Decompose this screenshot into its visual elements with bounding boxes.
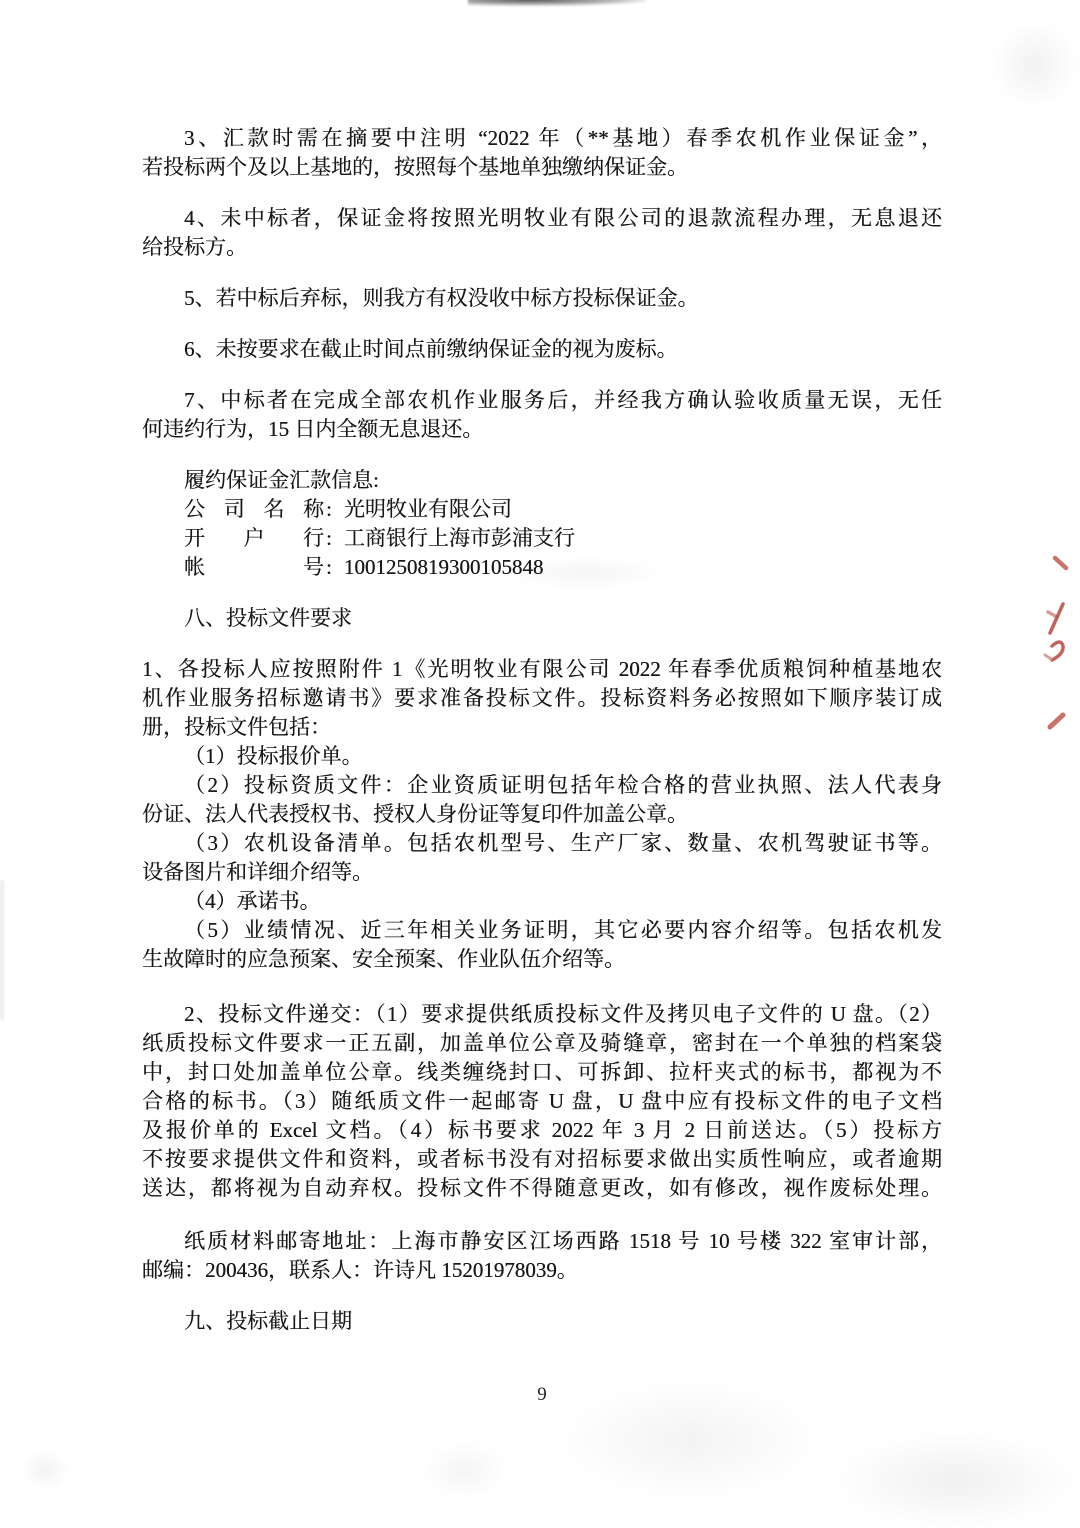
text-line: 3、汇款时需在摘要中注明 “2022 年（**基地）春季农机作业保证金”， bbox=[142, 124, 942, 153]
document-body: 3、汇款时需在摘要中注明 “2022 年（**基地）春季农机作业保证金”， 若投… bbox=[142, 124, 942, 1358]
paragraph-3: 3、汇款时需在摘要中注明 “2022 年（**基地）春季农机作业保证金”， 若投… bbox=[142, 124, 942, 182]
paper-texture-bottom-right bbox=[830, 1430, 1080, 1528]
list-item-4: （4）承诺书。 bbox=[142, 887, 942, 916]
text-line: 4、未中标者，保证金将按照光明牧业有限公司的退款流程办理，无息退还 bbox=[142, 204, 942, 233]
text-line: 5、若中标后弃标，则我方有权没收中标方投标保证金。 bbox=[142, 284, 942, 313]
deposit-info: 履约保证金汇款信息: 公司名称:光明牧业有限公司 开户行:工商银行上海市彭浦支行… bbox=[142, 466, 942, 582]
text-line: 7、中标者在完成全部农机作业服务后，并经我方确认验收质量无误，无任 bbox=[142, 386, 942, 415]
list-item-3-cont: 设备图片和详细介绍等。 bbox=[142, 858, 942, 887]
paper-texture-bottom-left-mid bbox=[420, 1440, 510, 1500]
text-line: 邮编：200436，联系人：许诗凡 15201978039。 bbox=[142, 1256, 942, 1285]
paragraph-4: 4、未中标者，保证金将按照光明牧业有限公司的退款流程办理，无息退还 给投标方。 bbox=[142, 204, 942, 262]
paper-texture-left-edge bbox=[0, 880, 4, 1020]
mailing-address: 纸质材料邮寄地址：上海市静安区江场西路 1518 号 10 号楼 322 室审计… bbox=[142, 1227, 942, 1285]
deposit-label: 开户行 bbox=[184, 524, 324, 553]
section-heading-text: 九、投标截止日期 bbox=[142, 1307, 942, 1336]
list-item-5-cont: 生故障时的应急预案、安全预案、作业队伍介绍等。 bbox=[142, 945, 942, 974]
deposit-row-bank: 开户行:工商银行上海市彭浦支行 bbox=[142, 524, 942, 553]
text-line: 2、投标文件递交：（1）要求提供纸质投标文件及拷贝电子文件的 U 盘。（2） bbox=[142, 1000, 942, 1029]
paragraph-6: 6、未按要求在截止时间点前缴纳保证金的视为废标。 bbox=[142, 335, 942, 364]
list-item-2: （2）投标资质文件：企业资质证明包括年检合格的营业执照、法人代表身 bbox=[142, 771, 942, 800]
deposit-label: 帐号 bbox=[184, 553, 324, 582]
scanned-document-page: 3、汇款时需在摘要中注明 “2022 年（**基地）春季农机作业保证金”， 若投… bbox=[0, 0, 1080, 1528]
list-item-2-cont: 份证、法人代表授权书、授权人身份证等复印件加盖公章。 bbox=[142, 800, 942, 829]
text-line: 中，封口处加盖单位公章。线类缠绕封口、可拆卸、拉杆夹式的标书，都视为不 bbox=[142, 1058, 942, 1087]
deposit-value: 1001250819300105848 bbox=[344, 553, 544, 582]
text-line: 纸质材料邮寄地址：上海市静安区江场西路 1518 号 10 号楼 322 室审计… bbox=[142, 1227, 942, 1256]
text-line: 及报价单的 Excel 文档。（4）标书要求 2022 年 3 月 2 日前送达… bbox=[142, 1116, 942, 1145]
list-item-3: （3）农机设备清单。包括农机型号、生产厂家、数量、农机驾驶证书等。 bbox=[142, 829, 942, 858]
text-line: 册，投标文件包括： bbox=[142, 713, 942, 742]
text-line: 合格的标书。（3）随纸质文件一起邮寄 U 盘，U 盘中应有投标文件的电子文档 bbox=[142, 1087, 942, 1116]
section-heading-text: 八、投标文件要求 bbox=[142, 604, 942, 633]
deposit-separator: : bbox=[326, 524, 332, 553]
section-heading-deadline: 九、投标截止日期 bbox=[142, 1307, 942, 1336]
deposit-row-account: 帐号:1001250819300105848 bbox=[142, 553, 942, 582]
deposit-label: 公司名称 bbox=[184, 495, 324, 524]
paper-texture-bottom-left bbox=[20, 1450, 70, 1490]
text-line: 若投标两个及以上基地的，按照每个基地单独缴纳保证金。 bbox=[142, 153, 942, 182]
text-line: 送达，都将视为自动弃权。投标文件不得随意更改，如有修改，视作废标处理。 bbox=[142, 1174, 942, 1203]
red-pen-marks bbox=[1040, 540, 1080, 750]
text-line: 6、未按要求在截止时间点前缴纳保证金的视为废标。 bbox=[142, 335, 942, 364]
deposit-info-heading: 履约保证金汇款信息: bbox=[142, 466, 942, 495]
list-item-1: （1）投标报价单。 bbox=[142, 742, 942, 771]
scan-smudge-top bbox=[468, 0, 646, 6]
text-line: 1、各投标人应按照附件 1《光明牧业有限公司 2022 年春季优质粮饲种植基地农 bbox=[142, 655, 942, 684]
paper-texture-top-right bbox=[990, 20, 1080, 110]
section-heading-bid-documents: 八、投标文件要求 bbox=[142, 604, 942, 633]
text-line: 机作业服务招标邀请书》要求准备投标文件。投标资料务必按照如下顺序装订成 bbox=[142, 684, 942, 713]
deposit-value: 工商银行上海市彭浦支行 bbox=[344, 524, 575, 553]
text-line: 给投标方。 bbox=[142, 233, 942, 262]
paragraph-8-1: 1、各投标人应按照附件 1《光明牧业有限公司 2022 年春季优质粮饲种植基地农… bbox=[142, 655, 942, 974]
deposit-value: 光明牧业有限公司 bbox=[344, 495, 512, 524]
text-line: 不按要求提供文件和资料，或者标书没有对招标要求做出实质性响应，或者逾期 bbox=[142, 1145, 942, 1174]
paragraph-7: 7、中标者在完成全部农机作业服务后，并经我方确认验收质量无误，无任 何违约行为，… bbox=[142, 386, 942, 444]
paragraph-8-2: 2、投标文件递交：（1）要求提供纸质投标文件及拷贝电子文件的 U 盘。（2） 纸… bbox=[142, 1000, 942, 1203]
deposit-row-company: 公司名称:光明牧业有限公司 bbox=[142, 495, 942, 524]
deposit-separator: : bbox=[326, 553, 332, 582]
deposit-separator: : bbox=[326, 495, 332, 524]
page-number: 9 bbox=[142, 1384, 942, 1406]
text-line: 纸质投标文件要求一正五副，加盖单位公章及骑缝章，密封在一个单独的档案袋 bbox=[142, 1029, 942, 1058]
text-line: 何违约行为，15 日内全额无息退还。 bbox=[142, 415, 942, 444]
list-item-5: （5）业绩情况、近三年相关业务证明，其它必要内容介绍等。包括农机发 bbox=[142, 916, 942, 945]
paragraph-5: 5、若中标后弃标，则我方有权没收中标方投标保证金。 bbox=[142, 284, 942, 313]
